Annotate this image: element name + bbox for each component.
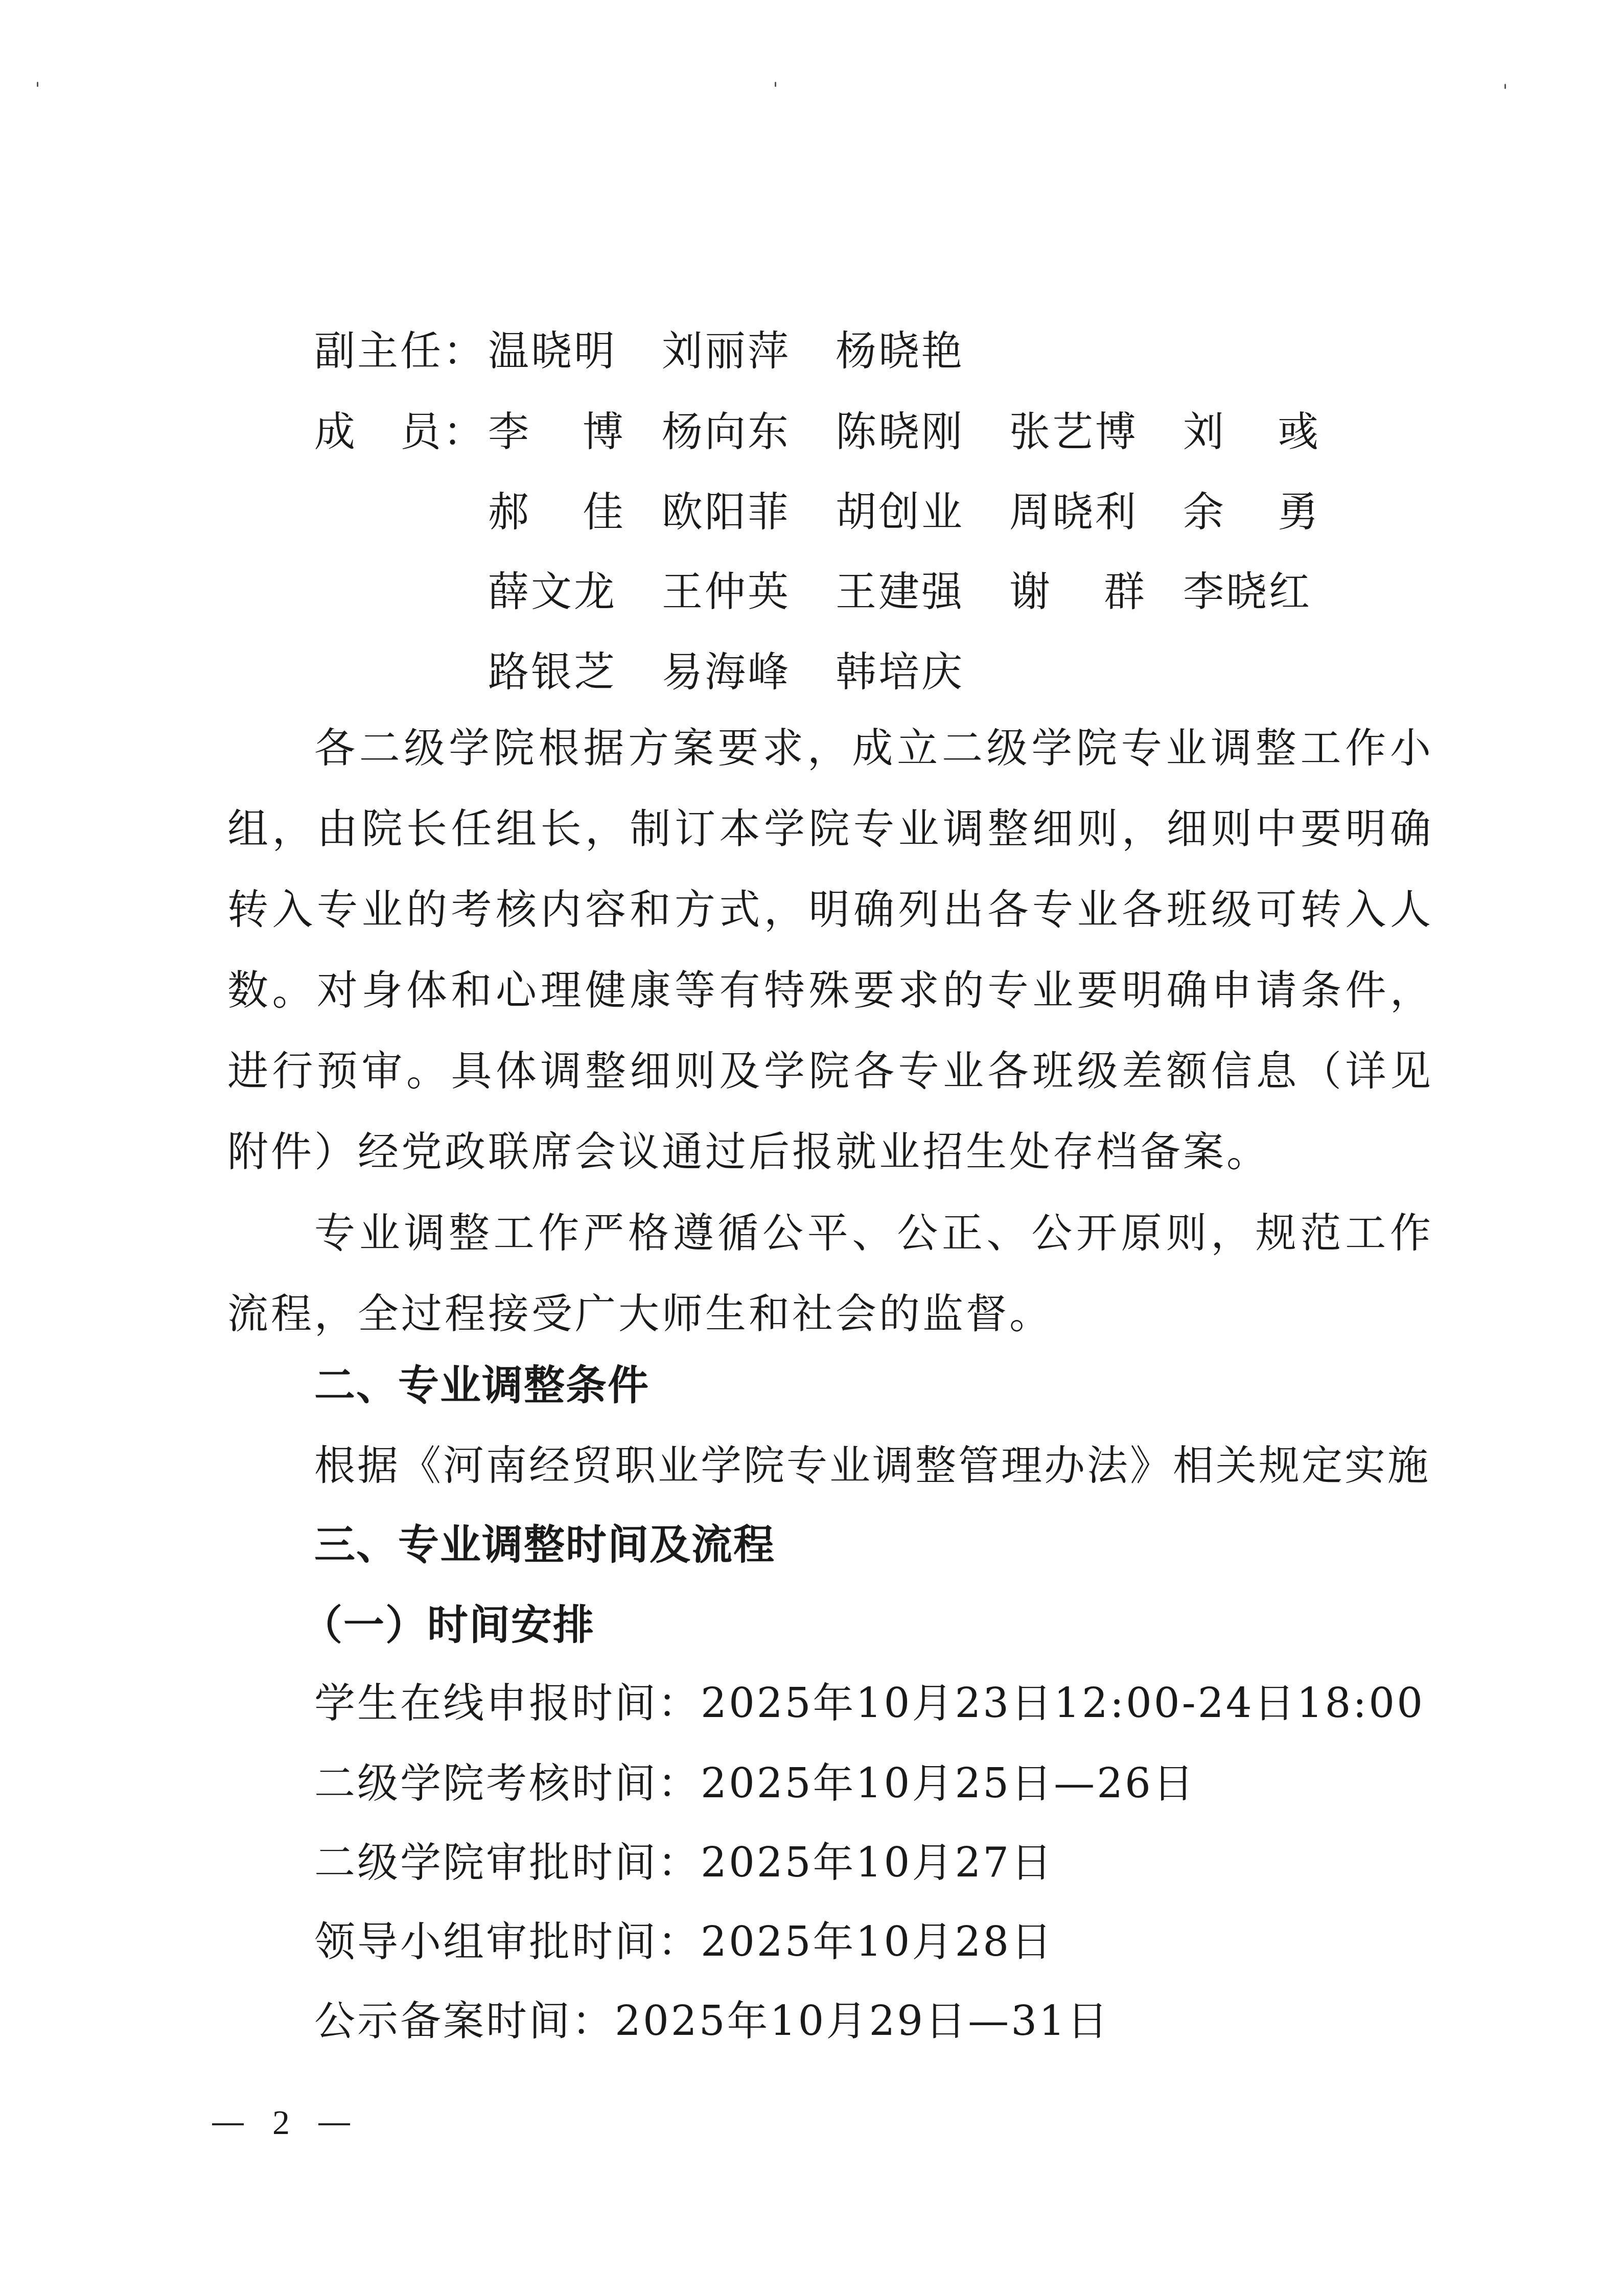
section-body-conditions: 根据《河南经贸职业学院专业调整管理办法》相关规定实施 [314,1432,1430,1499]
committee-name: 李博 [488,399,677,465]
schedule-label: 二级学院考核时间： [314,1759,701,1807]
committee-name: 张艺博 [1009,399,1138,465]
committee-name: 胡创业 [836,479,964,545]
schedule-label: 二级学院审批时间： [314,1839,701,1886]
committee-name: 王仲英 [662,559,791,625]
subheading-time-arrangement: （一）时间安排 [302,1592,595,1658]
schedule-label: 领导小组审批时间： [314,1918,701,1965]
scan-speck [37,82,38,87]
committee-name: 余勇 [1183,479,1372,545]
paragraph-principles: 专业调整工作严格遵循公平、公正、公开原则，规范工作流程，全过程接受广大师生和社会… [227,1193,1433,1354]
schedule-value: 2025年10月27日 [701,1839,1054,1886]
page-number-dash-right [318,2123,350,2125]
document-page: 副主任： 温晓明 刘丽萍 杨晓艳 成 员： 李博 杨向东 陈晓刚 张艺博 刘彧 … [0,0,1623,2296]
committee-name: 韩培庆 [836,639,964,705]
page-number: 2 [244,2099,318,2145]
schedule-value: 2025年10月25日—26日 [701,1759,1196,1807]
committee-name: 杨晓艳 [836,318,964,384]
committee-name: 郝佳 [488,479,677,545]
members-label: 成 员： [314,399,486,465]
deputy-directors-label: 副主任： [314,318,486,384]
section-heading-conditions: 二、专业调整条件 [314,1352,650,1419]
paragraph-working-group: 各二级学院根据方案要求，成立二级学院专业调整工作小组，由院长任组长，制订本学院专… [227,708,1433,1192]
section-heading-schedule: 三、专业调整时间及流程 [314,1512,775,1578]
committee-name: 陈晓刚 [836,399,964,465]
committee-name: 温晓明 [488,318,617,384]
committee-name: 王建强 [836,559,964,625]
schedule-label: 学生在线申报时间： [314,1679,701,1727]
committee-name: 刘丽萍 [662,318,791,384]
scan-speck [775,82,776,87]
schedule-value: 2025年10月23日12:00-24日18:00 [701,1679,1425,1727]
page-number-dash-left [212,2123,244,2125]
schedule-row: 领导小组审批时间：2025年10月28日 [314,1909,1054,1975]
page-number-footer: 2 [212,2099,350,2145]
schedule-value: 2025年10月28日 [701,1918,1054,1965]
committee-name: 杨向东 [662,399,791,465]
committee-name: 欧阳菲 [662,479,791,545]
committee-name: 易海峰 [662,639,791,705]
committee-name: 谢群 [1009,559,1198,625]
schedule-row: 公示备案时间：2025年10月29日—31日 [314,1988,1110,2054]
committee-name: 薛文龙 [488,559,617,625]
committee-name: 路银芝 [488,639,617,705]
schedule-row: 二级学院考核时间：2025年10月25日—26日 [314,1750,1196,1817]
schedule-row: 二级学院审批时间：2025年10月27日 [314,1829,1054,1896]
scan-speck [1504,84,1506,89]
schedule-row: 学生在线申报时间：2025年10月23日12:00-24日18:00 [314,1670,1425,1736]
committee-name: 刘彧 [1183,399,1372,465]
schedule-label: 公示备案时间： [314,1997,615,2045]
committee-name: 李晓红 [1183,559,1312,625]
schedule-value: 2025年10月29日—31日 [615,1997,1110,2045]
committee-name: 周晓利 [1009,479,1138,545]
